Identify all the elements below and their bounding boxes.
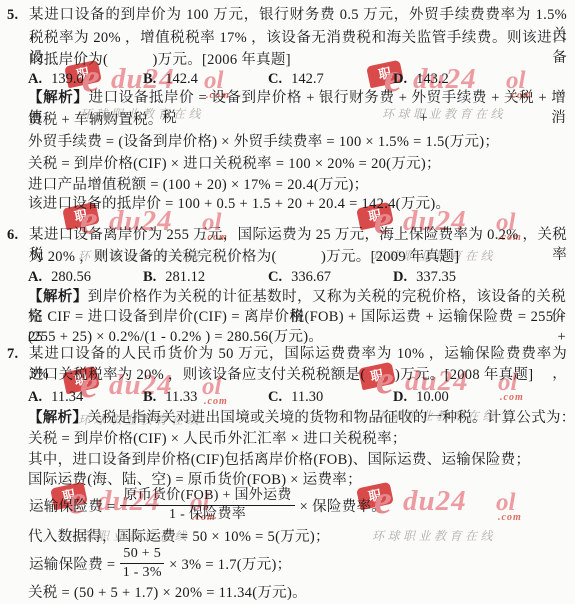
option-a: A.11.34 xyxy=(28,387,143,407)
brand-logo-domain: .com xyxy=(498,512,522,523)
analysis-line: 关税 = 到岸价格(CIF) × 人民币外汇汇率 × 进口关税税率； xyxy=(28,429,566,449)
analysis-text: 其中，进口设备到岸价格(CIF)包括离岸价格(FOB)、国际运费、运输保险费； xyxy=(28,452,530,468)
analysis-line: 关税 = (50 + 5 + 1.7) × 20% = 11.34(万元)。 xyxy=(28,583,566,603)
option-label: C. xyxy=(268,269,282,285)
scanned-exam-page: 职 e du24 ol .com 环球职业教育在线 职 e du24 ol .c… xyxy=(0,0,575,604)
option-b: B.281.12 xyxy=(143,267,268,287)
option-d: D.143.2 xyxy=(393,69,449,89)
option-label: D. xyxy=(393,71,407,87)
fraction-denominator: 1 - 3% xyxy=(120,564,164,581)
option-label: A. xyxy=(28,71,42,87)
option-value: 143.2 xyxy=(416,71,449,87)
analysis-line: 国际运费(海、陆、空) = 原币货价(FOB) × 运费率； xyxy=(28,470,566,490)
analysis-text: 关税 = 到岸价格(CIF) × 进口关税税率 = 100 × 20% = 20… xyxy=(28,156,441,172)
analysis-text: 外贸手续费 = (设备到岸价格) × 外贸手续费率 = 100 × 1.5% =… xyxy=(28,134,499,150)
analysis-line: 其中，进口设备到岸价格(CIF)包括离岸价格(FOB)、国际运费、运输保险费； xyxy=(28,450,566,470)
option-label: D. xyxy=(393,389,407,405)
analysis-text: (255 + 25) × 0.2%/(1 - 0.2% ) = 280.56(万… xyxy=(28,329,323,345)
option-d: D.10.00 xyxy=(393,387,449,407)
option-value: 280.56 xyxy=(51,269,91,285)
formula-prefix: 运输保险费 = xyxy=(29,553,115,574)
options-row: A.280.56B.281.12C.336.67D.337.35 xyxy=(28,267,568,287)
stem-text: 的抵岸价为( )万元。[2006 年真题] xyxy=(29,52,291,68)
option-a: A.280.56 xyxy=(28,267,143,287)
fraction-numerator: 50 + 5 xyxy=(120,546,164,564)
analysis-line: 进口产品增值税额 = (100 + 20) × 17% = 20.4(万元)； xyxy=(28,175,566,195)
option-value: 281.12 xyxy=(165,269,205,285)
formula-line: 运输保险费 = 50 + 5 1 - 3% × 3% = 1.7(万元)； xyxy=(29,546,291,581)
option-value: 11.33 xyxy=(165,389,197,405)
option-a: A.139.0 xyxy=(28,69,143,89)
option-value: 139.0 xyxy=(51,71,84,87)
option-c: C.11.30 xyxy=(268,387,393,407)
option-b: B.11.33 xyxy=(143,387,268,407)
option-label: B. xyxy=(143,389,156,405)
question-number: 7. xyxy=(7,344,18,364)
option-label: D. xyxy=(393,269,407,285)
option-c: C.336.67 xyxy=(268,267,393,287)
option-label: B. xyxy=(143,269,156,285)
analysis-prefix: 【解析】 xyxy=(28,289,88,305)
analysis-line: 【解析】关税是指海关对进出国境或关境的货物和物品征收的一种税。计算公式为： xyxy=(28,408,566,428)
formula-suffix: × 3% = 1.7(万元)； xyxy=(169,553,291,574)
option-label: B. xyxy=(143,71,156,87)
analysis-text: 费税 + 车辆购置税。 xyxy=(28,112,163,128)
formula-line: 运输保险费 = 原币货价(FOB) + 国外运费 1 - 保险费率 × 保险费率… xyxy=(29,488,386,523)
fraction-numerator: 原币货价(FOB) + 国外运费 xyxy=(120,488,294,506)
analysis-line: 外贸手续费 = (设备到岸价格) × 外贸手续费率 = 100 × 1.5% =… xyxy=(28,132,566,152)
stem-text: 进口关税税率为 20% ，则该设备应支付关税税额是( )万元。[2008 年真题… xyxy=(29,367,533,383)
fraction: 原币货价(FOB) + 国外运费 1 - 保险费率 xyxy=(120,488,294,523)
analysis-text: 国际运费(海、陆、空) = 原币货价(FOB) × 运费率； xyxy=(28,472,362,488)
analysis-text: 关税是指海关对进出国境或关境的货物和物品征收的一种税。计算公式为： xyxy=(87,410,575,426)
option-label: C. xyxy=(268,389,282,405)
analysis-line: 代入数据得，国际运费 = 50 × 10% = 5(万元)； xyxy=(28,527,566,547)
formula-prefix: 运输保险费 = xyxy=(29,495,115,516)
option-value: 142.7 xyxy=(291,71,324,87)
question-stem-line: 的抵岸价为( )万元。[2006 年真题] xyxy=(29,50,567,70)
option-value: 11.34 xyxy=(51,389,83,405)
option-label: C. xyxy=(268,71,282,87)
option-value: 336.67 xyxy=(291,269,331,285)
option-label: A. xyxy=(28,269,42,285)
analysis-text: 该进口设备的抵岸价 = 100 + 0.5 + 1.5 + 20 + 20.4 … xyxy=(28,196,450,212)
stem-text: 为 20% ，则该设备的关税完税价格为( )万元。[2009 年真题] xyxy=(29,249,459,265)
option-value: 10.00 xyxy=(416,389,449,405)
analysis-text: 代入数据得，国际运费 = 50 × 10% = 5(万元)； xyxy=(28,529,330,545)
option-d: D.337.35 xyxy=(393,267,456,287)
analysis-text: 进口产品增值税额 = (100 + 20) × 17% = 20.4(万元)； xyxy=(28,177,368,193)
question-number: 6. xyxy=(7,225,18,245)
fraction: 50 + 5 1 - 3% xyxy=(120,546,164,581)
options-row: A.139.0B.142.4C.142.7D.143.2 xyxy=(28,69,568,89)
fraction-denominator: 1 - 保险费率 xyxy=(120,506,294,523)
options-row: A.11.34B.11.33C.11.30D.10.00 xyxy=(28,387,568,407)
analysis-line: 该进口设备的抵岸价 = 100 + 0.5 + 1.5 + 20 + 20.4 … xyxy=(28,194,566,214)
analysis-line: 关税 = 到岸价格(CIF) × 进口关税税率 = 100 × 20% = 20… xyxy=(28,154,566,174)
option-label: A. xyxy=(28,389,42,405)
analysis-text: 关税 = 到岸价格(CIF) × 人民币外汇汇率 × 进口关税税率； xyxy=(28,431,407,447)
formula-suffix: × 保险费率。 xyxy=(300,495,386,516)
option-value: 142.4 xyxy=(165,71,198,87)
analysis-line: 费税 + 车辆购置税。 xyxy=(28,110,566,130)
question-number: 5. xyxy=(7,5,18,25)
analysis-prefix: 【解析】 xyxy=(28,90,88,106)
analysis-text: 关税 = (50 + 5 + 1.7) × 20% = 11.34(万元)。 xyxy=(28,585,307,601)
option-value: 11.30 xyxy=(291,389,323,405)
option-b: B.142.4 xyxy=(143,69,268,89)
question-stem-line: 为 20% ，则该设备的关税完税价格为( )万元。[2009 年真题] xyxy=(29,247,567,267)
option-value: 337.35 xyxy=(416,269,456,285)
brand-logo-text: ol xyxy=(496,489,515,517)
question-stem-line: 进口关税税率为 20% ，则该设备应支付关税税额是( )万元。[2008 年真题… xyxy=(29,365,567,385)
option-c: C.142.7 xyxy=(268,69,393,89)
analysis-prefix: 【解析】 xyxy=(28,410,87,426)
